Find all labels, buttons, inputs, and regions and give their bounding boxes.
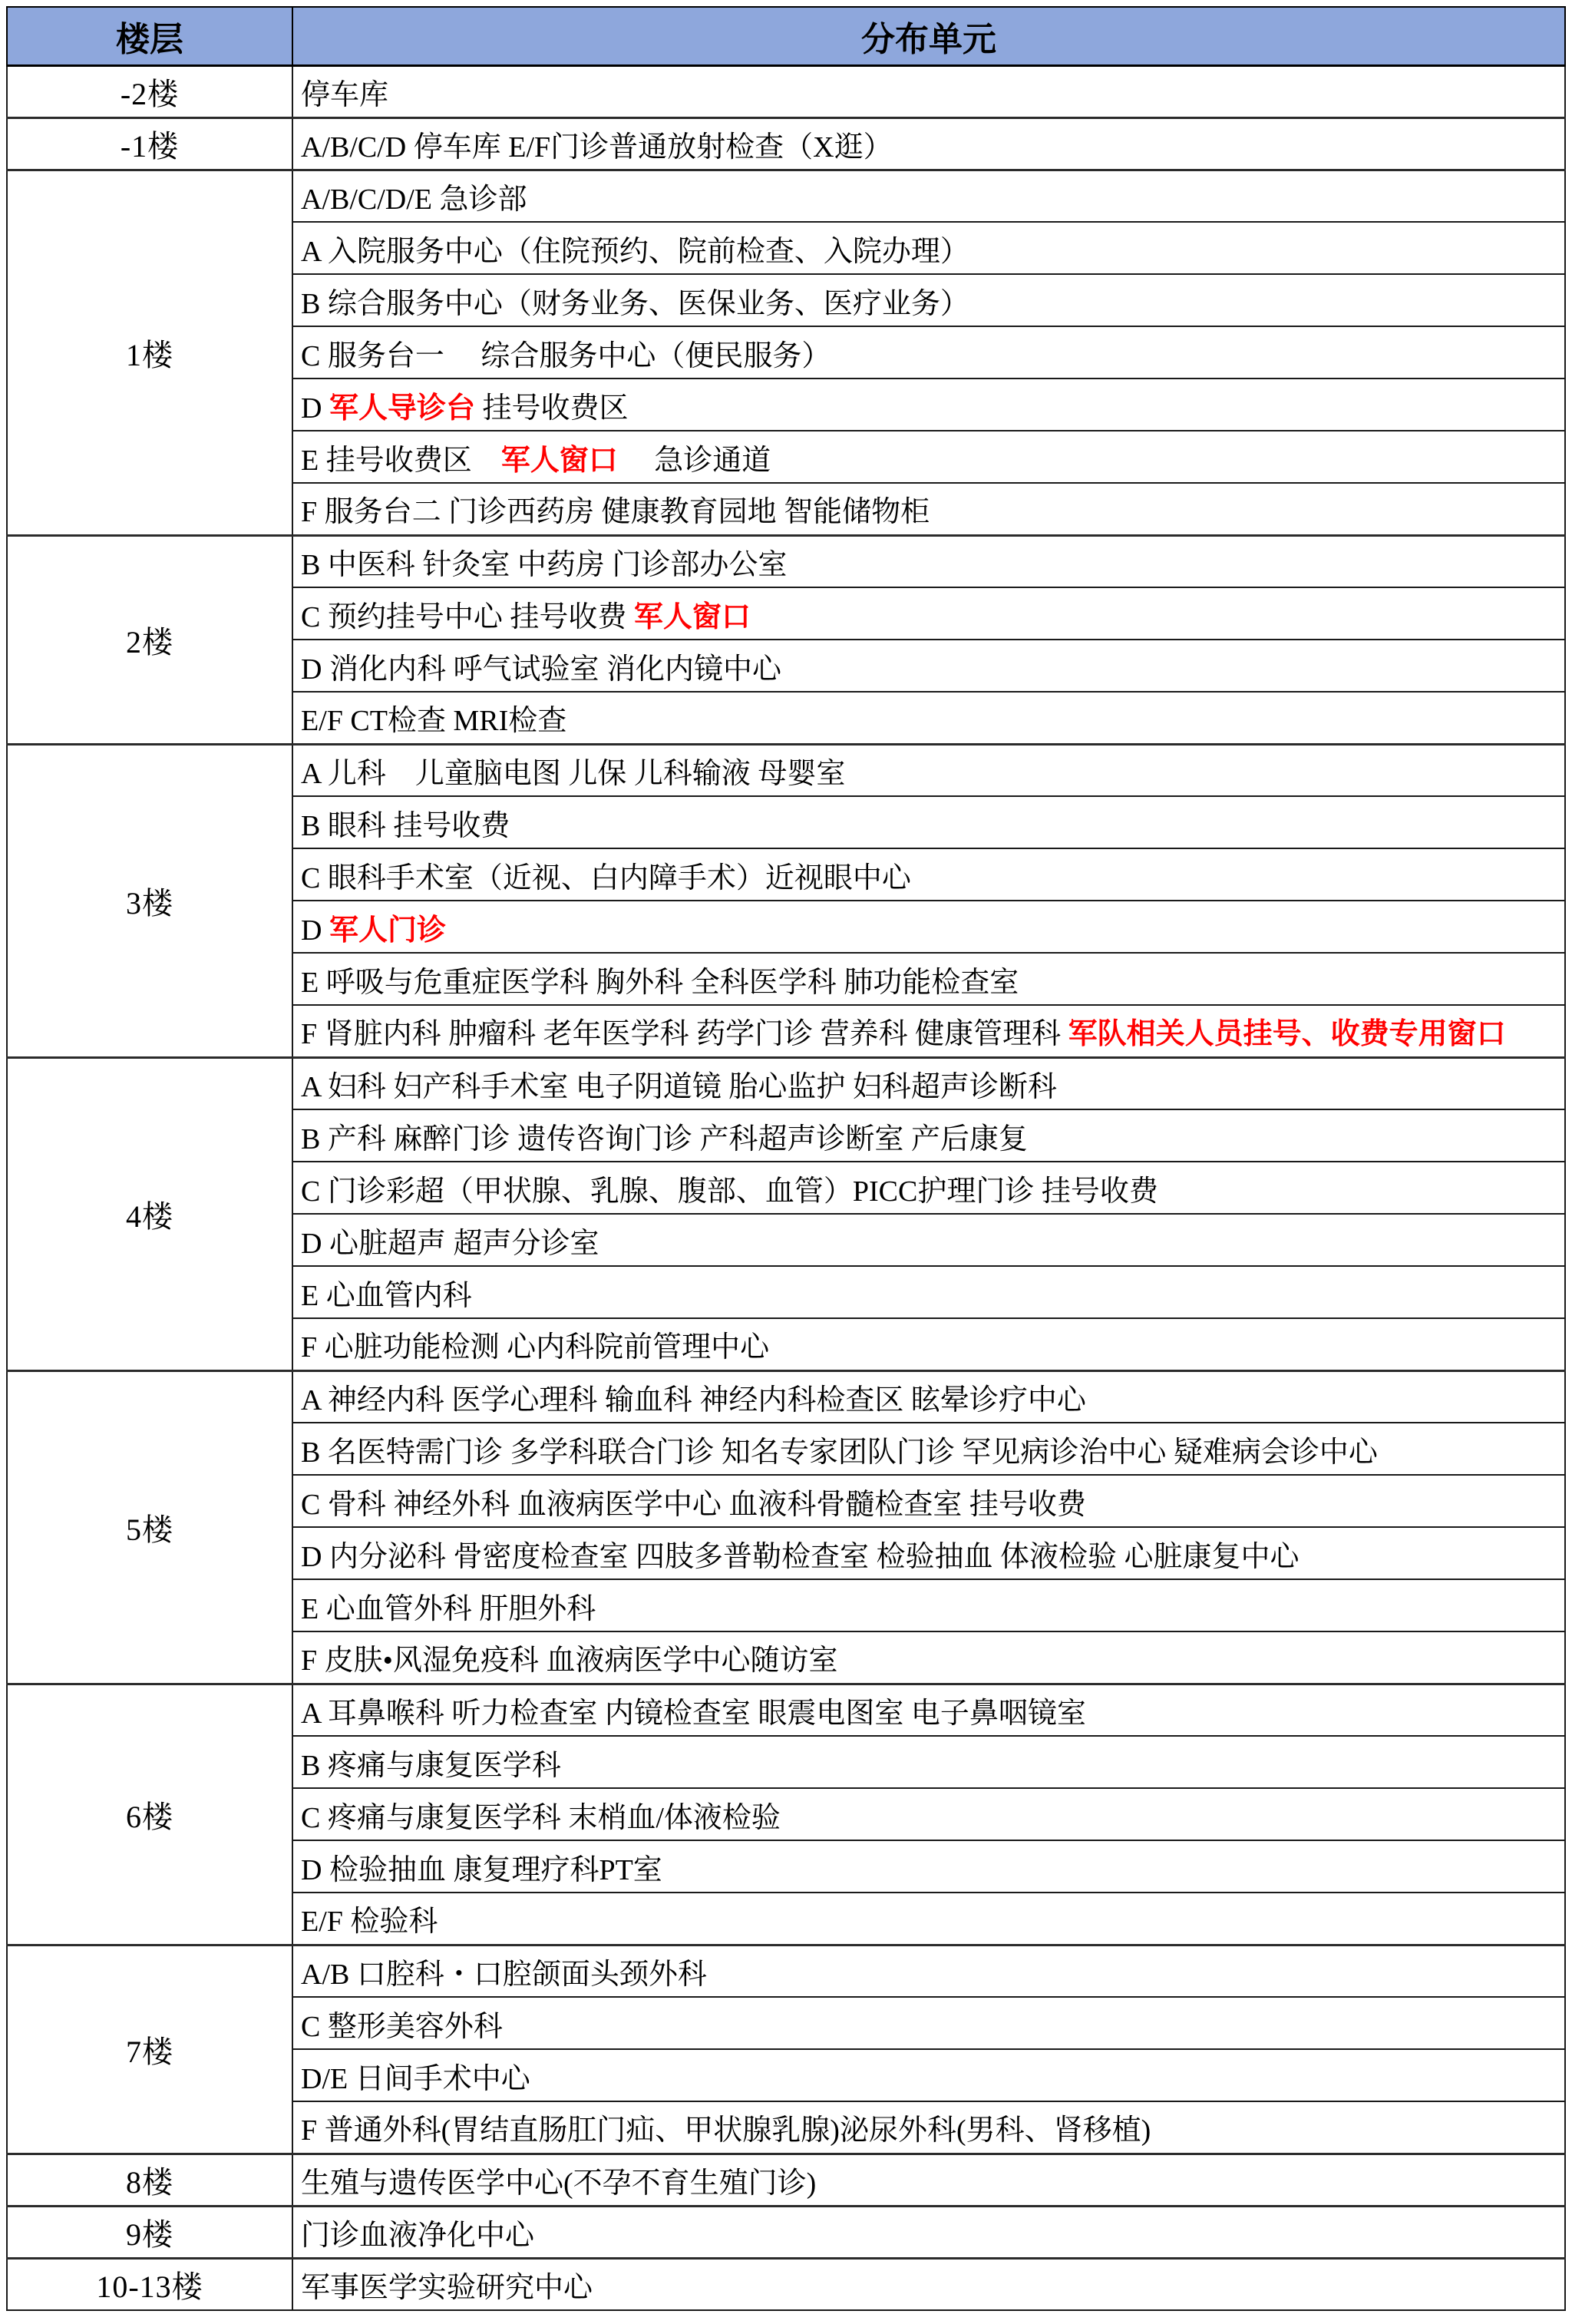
floor-cell: 10-13楼 — [7, 2258, 292, 2310]
unit-text: D/E 日间手术中心 — [301, 2063, 530, 2095]
unit-cell: C 预约挂号中心 挂号收费 军人窗口 — [292, 587, 1565, 640]
unit-text: 军事医学实验研究中心 — [301, 2272, 593, 2304]
unit-text: E 心血管内科 — [301, 1280, 472, 1312]
unit-text: F 心脏功能检测 心内科院前管理中心 — [301, 1331, 769, 1364]
unit-text: A 神经内科 医学心理科 输血科 神经内科检查区 眩晕诊疗中心 — [301, 1384, 1086, 1417]
unit-text: A 入院服务中心（住院预约、院前检查、入院办理） — [301, 236, 969, 268]
unit-cell: C 服务台一 综合服务中心（便民服务） — [292, 326, 1565, 379]
unit-text: D — [301, 914, 329, 947]
unit-text: A 妇科 妇产科手术室 电子阴道镜 胎心监护 妇科超声诊断科 — [301, 1071, 1057, 1103]
unit-text: F 普通外科(胃结直肠肛门疝、甲状腺乳腺)泌尿外科(男科、肾移植) — [301, 2114, 1151, 2147]
unit-cell: A/B/C/D/E 急诊部 — [292, 170, 1565, 222]
unit-cell: A/B 口腔科・口腔颌面头颈外科 — [292, 1945, 1565, 1997]
unit-text: B 中医科 针灸室 中药房 门诊部办公室 — [301, 549, 787, 581]
unit-text: 生殖与遗传医学中心(不孕不育生殖门诊) — [301, 2167, 816, 2200]
unit-text: F 皮肤•风湿免疫科 血液病医学中心随访室 — [301, 1645, 837, 1677]
unit-text: B 名医特需门诊 多学科联合门诊 知名专家团队门诊 罕见病诊治中心 疑难病会诊中… — [301, 1436, 1378, 1469]
unit-row: 9楼门诊血液净化中心 — [7, 2206, 1565, 2258]
unit-cell: 军事医学实验研究中心 — [292, 2258, 1565, 2310]
military-highlight-text: 军队相关人员挂号、收费专用窗口 — [1068, 1018, 1506, 1050]
floor-cell: 1楼 — [7, 170, 292, 535]
unit-row: 8楼生殖与遗传医学中心(不孕不育生殖门诊) — [7, 2154, 1565, 2206]
unit-row: 1楼A/B/C/D/E 急诊部 — [7, 170, 1565, 222]
unit-text: B 综合服务中心（财务业务、医保业务、医疗业务） — [301, 288, 969, 320]
header-units-column: 分布单元 — [292, 7, 1565, 65]
unit-cell: C 眼科手术室（近视、白内障手术）近视眼中心 — [292, 848, 1565, 901]
unit-cell: E 呼吸与危重症医学科 胸外科 全科医学科 肺功能检查室 — [292, 953, 1565, 1005]
unit-text: C 门诊彩超（甲状腺、乳腺、腹部、血管）PICC护理门诊 挂号收费 — [301, 1175, 1158, 1208]
unit-cell: E/F 检验科 — [292, 1893, 1565, 1945]
unit-text: C 预约挂号中心 挂号收费 — [301, 601, 634, 633]
unit-cell: E 心血管内科 — [292, 1266, 1565, 1318]
unit-text: A 儿科 儿童脑电图 儿保 儿科输液 母婴室 — [301, 758, 845, 790]
unit-text: A/B/C/D 停车库 E/F门诊普通放射检查（X逛） — [301, 131, 893, 164]
floor-directory-page: 楼层 分布单元 -2楼停车库-1楼A/B/C/D 停车库 E/F门诊普通放射检查… — [0, 0, 1572, 2324]
unit-text: A/B/C/D/E 急诊部 — [301, 183, 527, 216]
unit-text: E 心血管外科 肝胆外科 — [301, 1593, 596, 1625]
unit-cell: E 挂号收费区 军人窗口 急诊通道 — [292, 431, 1565, 483]
unit-text: B 疼痛与康复医学科 — [301, 1750, 561, 1782]
unit-row: 2楼B 中医科 针灸室 中药房 门诊部办公室 — [7, 535, 1565, 587]
unit-text: B 眼科 挂号收费 — [301, 810, 510, 842]
unit-text: E/F CT检查 MRI检查 — [301, 705, 566, 737]
unit-text: C 眼科手术室（近视、白内障手术）近视眼中心 — [301, 862, 911, 894]
unit-cell: D 检验抽血 康复理疗科PT室 — [292, 1840, 1565, 1893]
unit-text: F 服务台二 门诊西药房 健康教育园地 智能储物柜 — [301, 496, 930, 528]
unit-cell: D 军人门诊 — [292, 901, 1565, 953]
unit-cell: A 妇科 妇产科手术室 电子阴道镜 胎心监护 妇科超声诊断科 — [292, 1057, 1565, 1109]
floor-cell: -1楼 — [7, 117, 292, 170]
military-highlight-text: 军人门诊 — [329, 914, 446, 947]
unit-cell: B 名医特需门诊 多学科联合门诊 知名专家团队门诊 罕见病诊治中心 疑难病会诊中… — [292, 1423, 1565, 1475]
floor-cell: 9楼 — [7, 2206, 292, 2258]
unit-row: 3楼A 儿科 儿童脑电图 儿保 儿科输液 母婴室 — [7, 744, 1565, 796]
unit-text: 挂号收费区 — [475, 392, 629, 425]
unit-cell: B 疼痛与康复医学科 — [292, 1736, 1565, 1788]
unit-text: 门诊血液净化中心 — [301, 2220, 534, 2252]
unit-cell: B 综合服务中心（财务业务、医保业务、医疗业务） — [292, 274, 1565, 326]
table-body: -2楼停车库-1楼A/B/C/D 停车库 E/F门诊普通放射检查（X逛）1楼A/… — [7, 65, 1565, 2310]
unit-cell: B 眼科 挂号收费 — [292, 796, 1565, 848]
unit-cell: C 整形美容外科 — [292, 1997, 1565, 2049]
unit-row: -2楼停车库 — [7, 65, 1565, 117]
unit-text: D 消化内科 呼气试验室 消化内镜中心 — [301, 653, 781, 686]
unit-cell: C 疼痛与康复医学科 末梢血/体液检验 — [292, 1788, 1565, 1840]
unit-cell: C 骨科 神经外科 血液病医学中心 血液科骨髓检查室 挂号收费 — [292, 1475, 1565, 1527]
floor-cell: 6楼 — [7, 1684, 292, 1945]
unit-row: 10-13楼军事医学实验研究中心 — [7, 2258, 1565, 2310]
unit-cell: D/E 日间手术中心 — [292, 2049, 1565, 2101]
unit-cell: A 入院服务中心（住院预约、院前检查、入院办理） — [292, 222, 1565, 274]
unit-cell: 停车库 — [292, 65, 1565, 117]
unit-cell: F 心脏功能检测 心内科院前管理中心 — [292, 1318, 1565, 1370]
unit-text: F 肾脏内科 肿瘤科 老年医学科 药学门诊 营养科 健康管理科 — [301, 1018, 1068, 1050]
unit-text: E 挂号收费区 — [301, 445, 501, 477]
military-highlight-text: 军人窗口 — [634, 601, 751, 633]
unit-cell: D 内分泌科 骨密度检查室 四肢多普勒检查室 检验抽血 体液检验 心脏康复中心 — [292, 1527, 1565, 1579]
unit-cell: B 中医科 针灸室 中药房 门诊部办公室 — [292, 535, 1565, 587]
unit-text: D 内分泌科 骨密度检查室 四肢多普勒检查室 检验抽血 体液检验 心脏康复中心 — [301, 1541, 1299, 1573]
unit-text: C 整形美容外科 — [301, 2011, 503, 2043]
floor-cell: 3楼 — [7, 744, 292, 1057]
unit-text: D 检验抽血 康复理疗科PT室 — [301, 1854, 662, 1886]
unit-text: A/B 口腔科・口腔颌面头颈外科 — [301, 1959, 707, 1991]
unit-row: 5楼A 神经内科 医学心理科 输血科 神经内科检查区 眩晕诊疗中心 — [7, 1370, 1565, 1423]
unit-text: D — [301, 392, 329, 425]
unit-text: D 心脏超声 超声分诊室 — [301, 1228, 599, 1260]
unit-cell: F 普通外科(胃结直肠肛门疝、甲状腺乳腺)泌尿外科(男科、肾移植) — [292, 2101, 1565, 2154]
unit-cell: F 服务台二 门诊西药房 健康教育园地 智能储物柜 — [292, 483, 1565, 535]
military-highlight-text: 军人窗口 — [501, 445, 618, 477]
header-floor-column: 楼层 — [7, 7, 292, 65]
unit-text: E 呼吸与危重症医学科 胸外科 全科医学科 肺功能检查室 — [301, 967, 1019, 999]
floor-cell: 4楼 — [7, 1057, 292, 1370]
unit-text: C 骨科 神经外科 血液病医学中心 血液科骨髓检查室 挂号收费 — [301, 1489, 1086, 1521]
unit-text: C 服务台一 综合服务中心（便民服务） — [301, 340, 831, 372]
unit-cell: A/B/C/D 停车库 E/F门诊普通放射检查（X逛） — [292, 117, 1565, 170]
header-row: 楼层 分布单元 — [7, 7, 1565, 65]
unit-row: 6楼A 耳鼻喉科 听力检查室 内镜检查室 眼震电图室 电子鼻咽镜室 — [7, 1684, 1565, 1736]
unit-cell: A 神经内科 医学心理科 输血科 神经内科检查区 眩晕诊疗中心 — [292, 1370, 1565, 1423]
floor-cell: 5楼 — [7, 1370, 292, 1684]
floor-directory-table: 楼层 分布单元 -2楼停车库-1楼A/B/C/D 停车库 E/F门诊普通放射检查… — [6, 6, 1566, 2311]
floor-cell: 7楼 — [7, 1945, 292, 2154]
unit-cell: A 耳鼻喉科 听力检查室 内镜检查室 眼震电图室 电子鼻咽镜室 — [292, 1684, 1565, 1736]
unit-cell: B 产科 麻醉门诊 遗传咨询门诊 产科超声诊断室 产后康复 — [292, 1109, 1565, 1162]
unit-text: 停车库 — [301, 79, 388, 111]
unit-cell: 生殖与遗传医学中心(不孕不育生殖门诊) — [292, 2154, 1565, 2206]
unit-cell: E/F CT检查 MRI检查 — [292, 692, 1565, 744]
unit-cell: 门诊血液净化中心 — [292, 2206, 1565, 2258]
unit-cell: F 肾脏内科 肿瘤科 老年医学科 药学门诊 营养科 健康管理科 军队相关人员挂号… — [292, 1005, 1565, 1057]
unit-cell: C 门诊彩超（甲状腺、乳腺、腹部、血管）PICC护理门诊 挂号收费 — [292, 1162, 1565, 1214]
floor-cell: -2楼 — [7, 65, 292, 117]
unit-cell: D 军人导诊台 挂号收费区 — [292, 379, 1565, 431]
unit-cell: A 儿科 儿童脑电图 儿保 儿科输液 母婴室 — [292, 744, 1565, 796]
unit-text: A 耳鼻喉科 听力检查室 内镜检查室 眼震电图室 电子鼻咽镜室 — [301, 1698, 1086, 1730]
military-highlight-text: 军人导诊台 — [329, 392, 475, 425]
floor-cell: 8楼 — [7, 2154, 292, 2206]
unit-row: 4楼A 妇科 妇产科手术室 电子阴道镜 胎心监护 妇科超声诊断科 — [7, 1057, 1565, 1109]
unit-row: 7楼A/B 口腔科・口腔颌面头颈外科 — [7, 1945, 1565, 1997]
unit-cell: D 心脏超声 超声分诊室 — [292, 1214, 1565, 1266]
unit-cell: D 消化内科 呼气试验室 消化内镜中心 — [292, 640, 1565, 692]
unit-cell: E 心血管外科 肝胆外科 — [292, 1579, 1565, 1631]
unit-text: B 产科 麻醉门诊 遗传咨询门诊 产科超声诊断室 产后康复 — [301, 1123, 1028, 1155]
unit-text: E/F 检验科 — [301, 1906, 438, 1938]
unit-text: C 疼痛与康复医学科 末梢血/体液检验 — [301, 1802, 781, 1834]
floor-cell: 2楼 — [7, 535, 292, 744]
unit-row: -1楼A/B/C/D 停车库 E/F门诊普通放射检查（X逛） — [7, 117, 1565, 170]
unit-text: 急诊通道 — [618, 445, 771, 477]
unit-cell: F 皮肤•风湿免疫科 血液病医学中心随访室 — [292, 1631, 1565, 1684]
